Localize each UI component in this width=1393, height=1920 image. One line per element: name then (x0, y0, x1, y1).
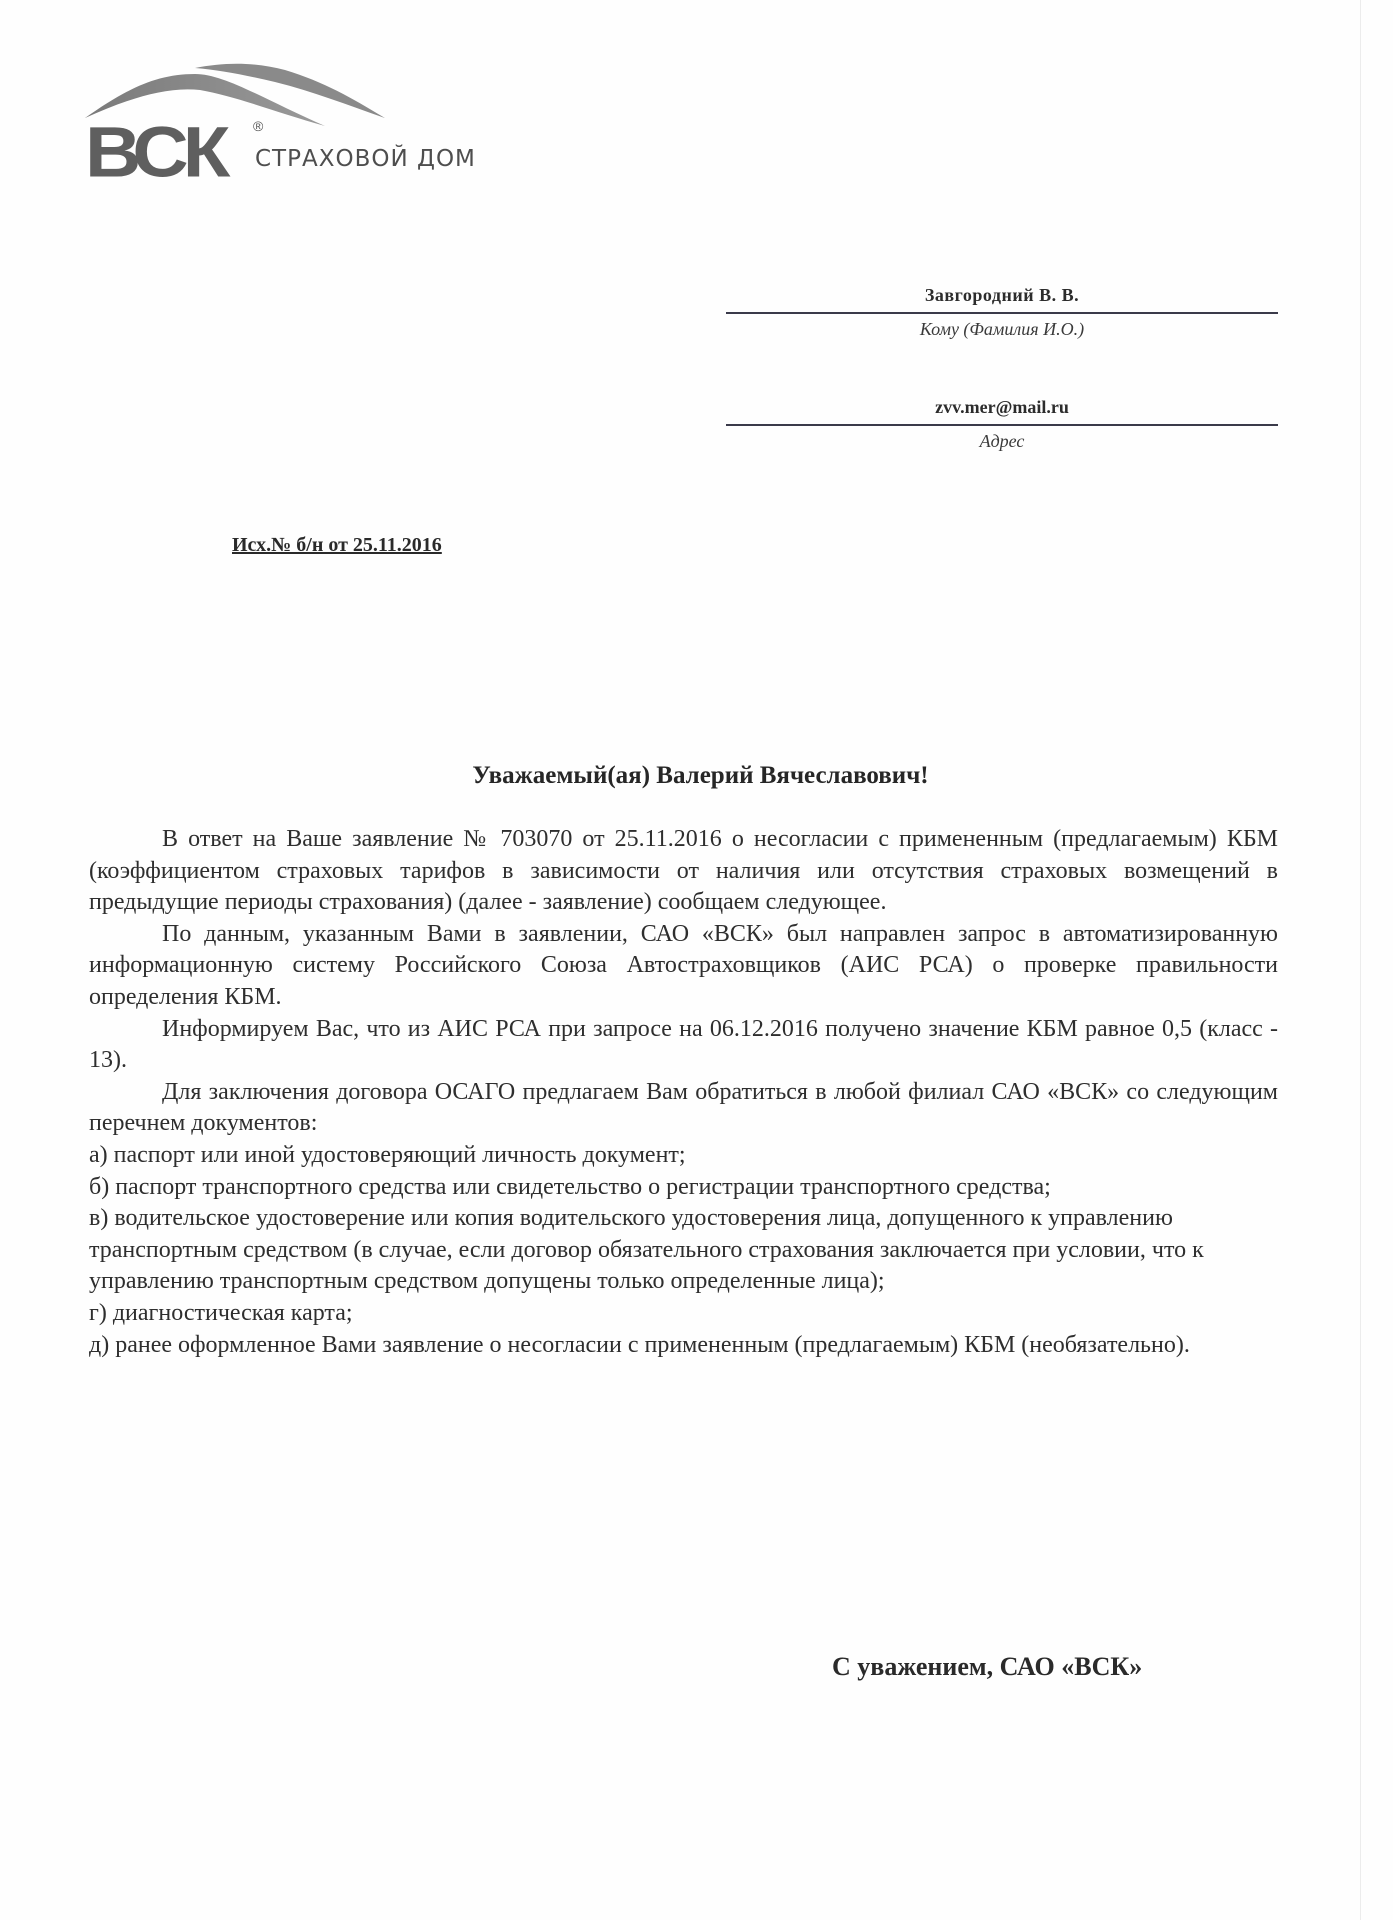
scan-edge-line (1360, 0, 1361, 1920)
addressee-name-field: Завгородний В. В. Кому (Фамилия И.О.) (726, 284, 1278, 340)
addressee-name-caption: Кому (Фамилия И.О.) (726, 318, 1278, 340)
underline-rule (726, 424, 1278, 426)
body-paragraph: Для заключения договора ОСАГО предлагаем… (89, 1077, 1278, 1140)
body-paragraph: По данным, указанным Вами в заявлении, С… (89, 919, 1278, 1014)
addressee-address-caption: Адрес (726, 430, 1278, 452)
letter-page: ВСК ® СТРАХОВОЙ ДОМ Завгородний В. В. Ко… (0, 0, 1393, 1920)
outgoing-reference: Исх.№ б/н от 25.11.2016 (232, 534, 442, 557)
underline-rule (726, 312, 1278, 314)
letter-body: В ответ на Ваше заявление № 703070 от 25… (89, 824, 1278, 1361)
addressee-address: zvv.mer@mail.ru (726, 396, 1278, 418)
logo-letters: ВСК (85, 116, 224, 188)
document-list-item: в) водительское удостоверение или копия … (89, 1203, 1278, 1298)
signoff: С уважением, САО «ВСК» (832, 1652, 1142, 1682)
document-list-item: а) паспорт или иной удостоверяющий лично… (89, 1140, 1278, 1172)
body-paragraph: Информируем Вас, что из АИС РСА при запр… (89, 1014, 1278, 1077)
greeting: Уважаемый(ая) Валерий Вячеславович! (0, 762, 1393, 790)
document-list-item: б) паспорт транспортного средства или св… (89, 1172, 1278, 1204)
company-logo: ВСК ® СТРАХОВОЙ ДОМ (85, 60, 505, 180)
document-list-item: г) диагностическая карта; (89, 1298, 1278, 1330)
body-paragraph: В ответ на Ваше заявление № 703070 от 25… (89, 824, 1278, 919)
addressee-address-field: zvv.mer@mail.ru Адрес (726, 396, 1278, 452)
document-list-item: д) ранее оформленное Вами заявление о не… (89, 1330, 1278, 1362)
registered-mark: ® (253, 118, 263, 134)
addressee-name: Завгородний В. В. (726, 284, 1278, 306)
logo-tagline: СТРАХОВОЙ ДОМ (255, 146, 476, 172)
